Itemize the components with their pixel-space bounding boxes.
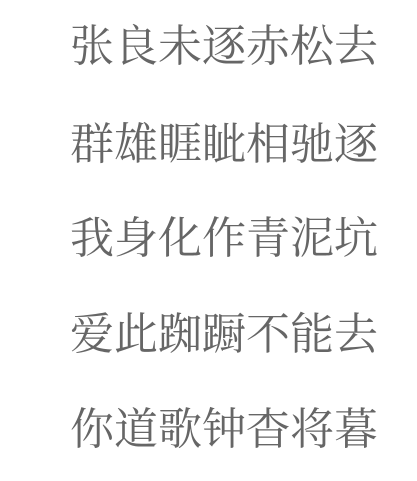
poem-line-2: 群雄睚眦相驰逐 (70, 120, 390, 170)
poem-line-1: 张良未逐赤松去 (70, 22, 390, 72)
poem-line-5: 你道歌钟杳将暮 (70, 405, 390, 455)
poem-line-3: 我身化作青泥坑 (70, 214, 390, 264)
poem-text-block: 张良未逐赤松去 群雄睚眦相驰逐 我身化作青泥坑 爱此踟蹰不能去 你道歌钟杳将暮 (0, 0, 417, 481)
poem-line-4: 爱此踟蹰不能去 (70, 310, 390, 360)
